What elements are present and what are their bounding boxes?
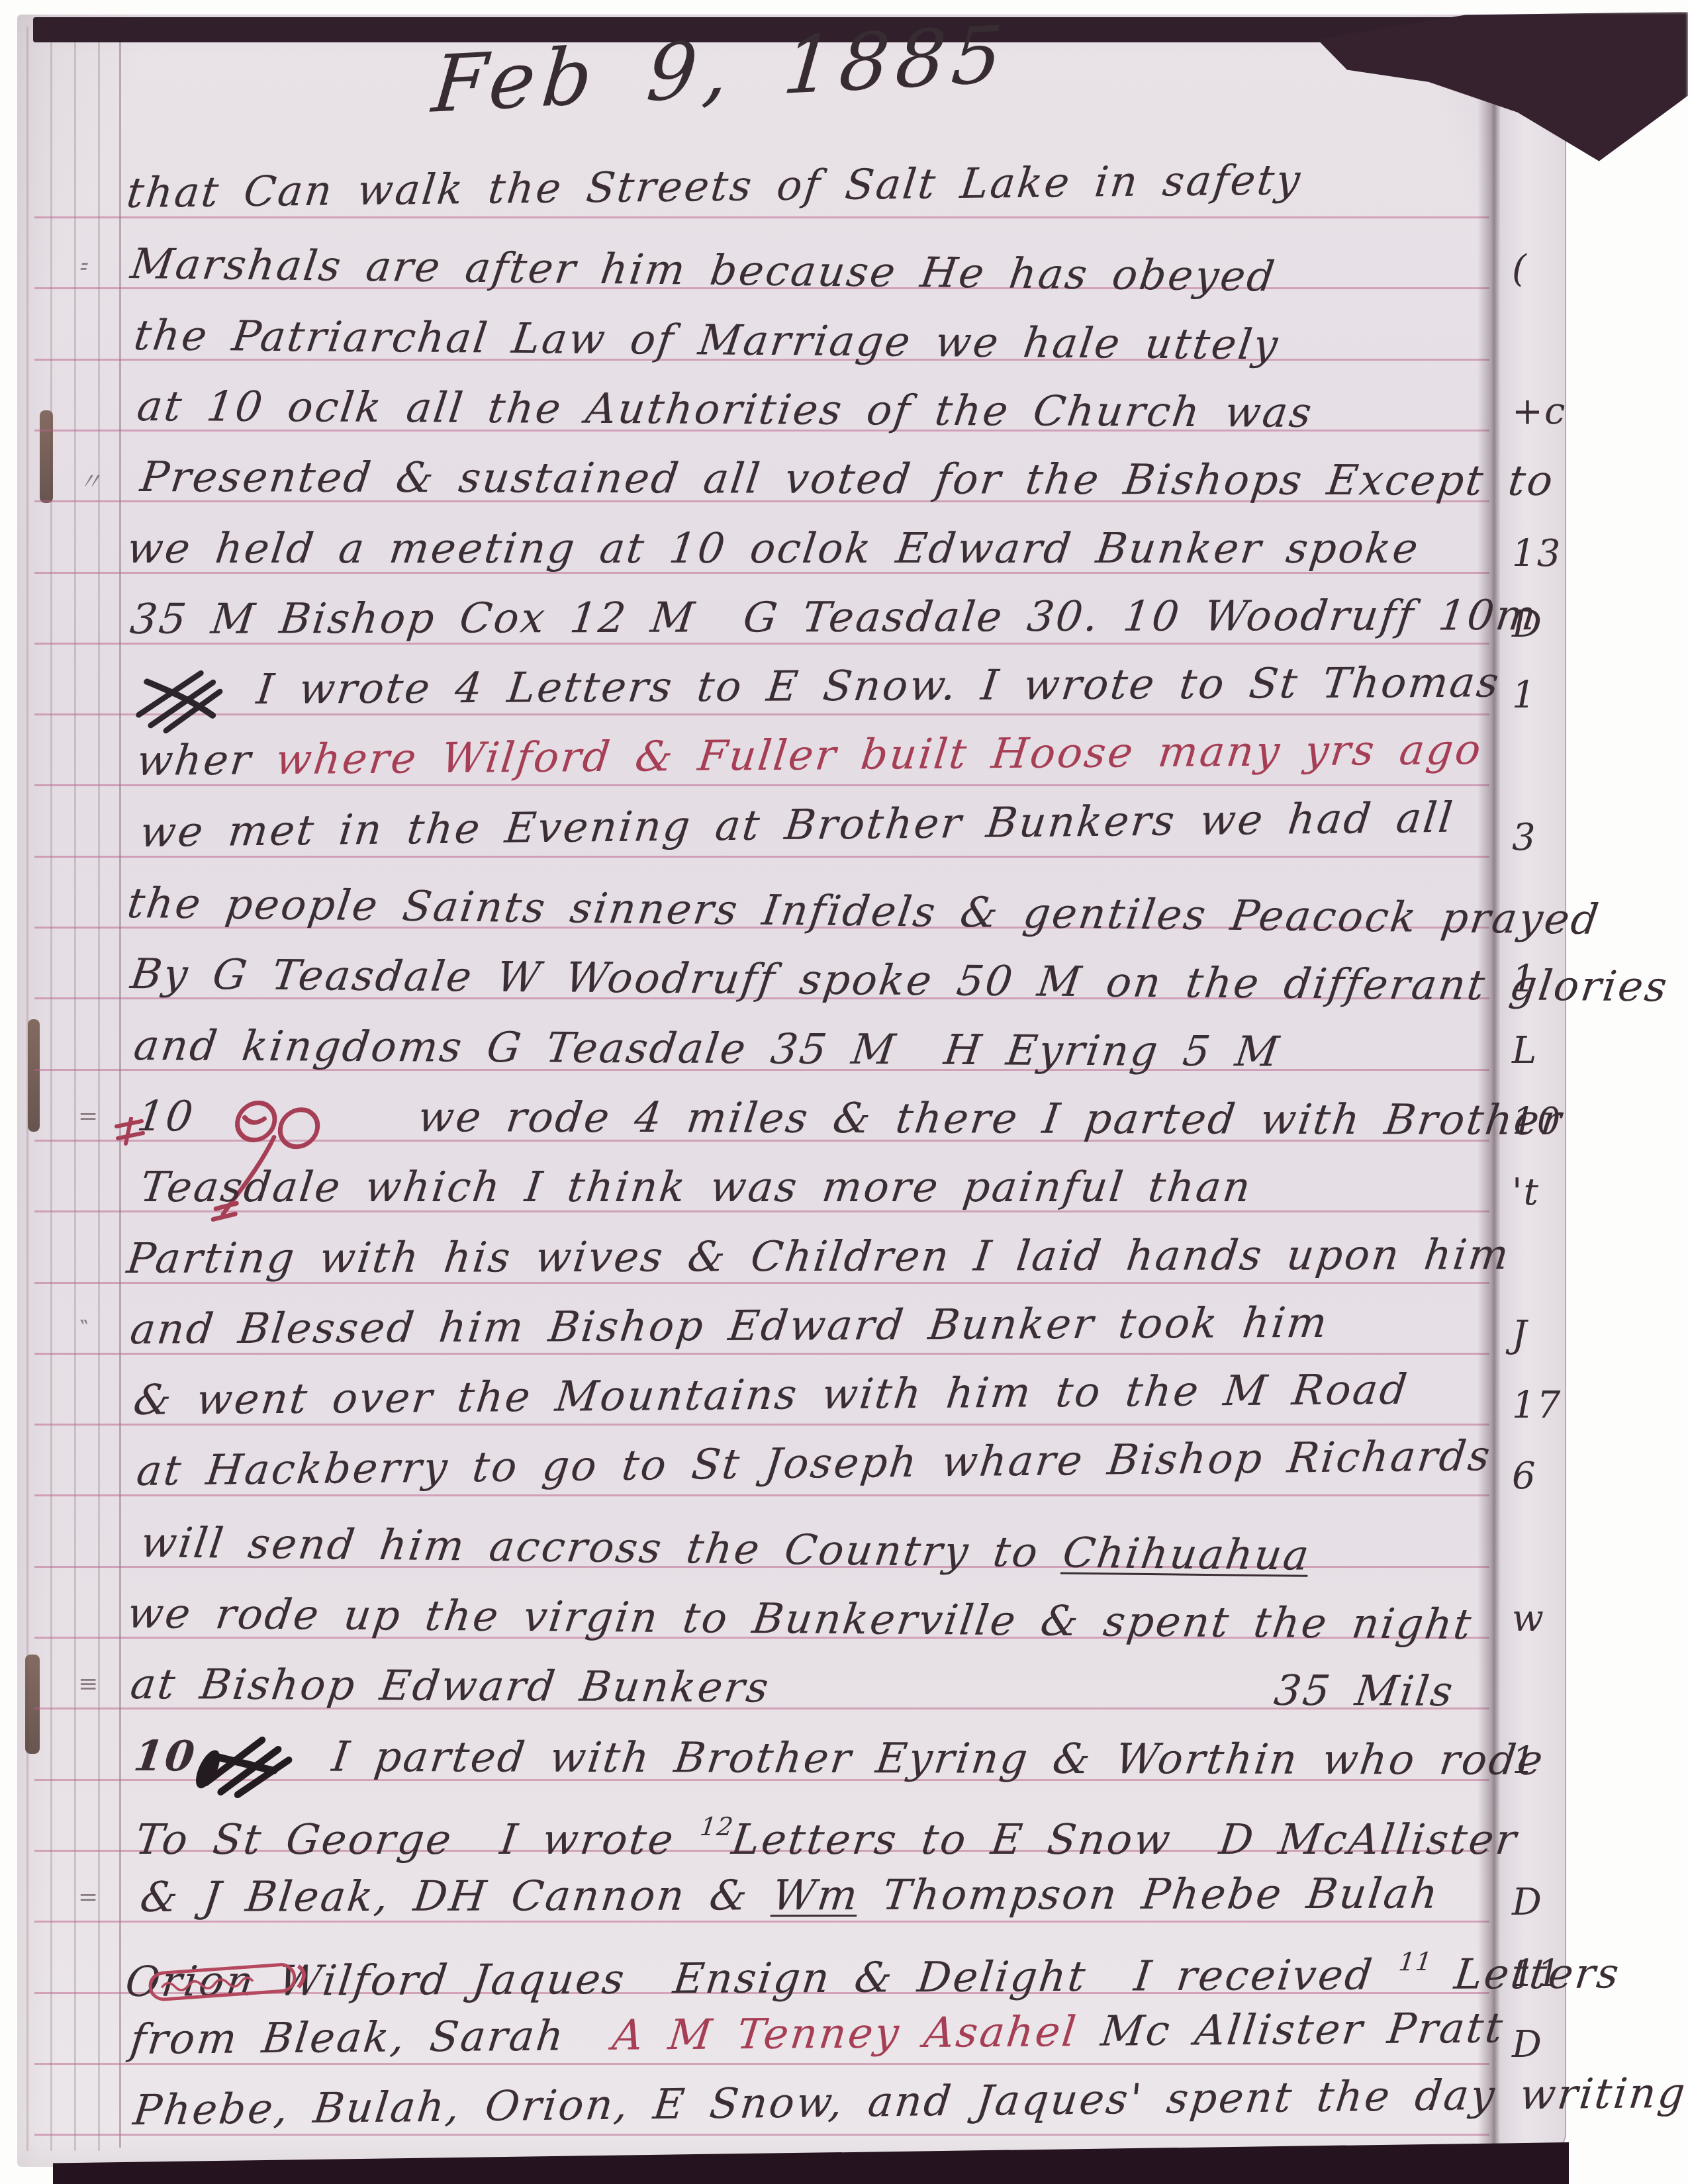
journal-text-segment: To St George I wrote — [133, 1815, 702, 1864]
journal-text-segment: A M Tenney Asahel — [610, 2007, 1080, 2060]
journal-line: Presented & sustained all voted for the … — [136, 442, 1485, 516]
binding-smudge — [28, 1019, 40, 1132]
next-page-text-fragment: J — [1512, 1313, 1528, 1356]
next-page-text-fragment: D — [1512, 1881, 1543, 1924]
journal-text-segment: where Wilford & Fuller built Hoose many … — [273, 725, 1485, 784]
next-page-text-fragment: 't — [1512, 1171, 1540, 1214]
journal-line: we held a meeting at 10 oclok Edward Bun… — [123, 514, 1485, 584]
journal-text-segment: and Blessed him Bishop Edward Bunker too… — [128, 1298, 1331, 1353]
journal-line: 10 we rode 4 miles & there I parted with… — [133, 1081, 1485, 1156]
journal-text-segment: Letters — [1428, 1949, 1623, 1999]
journal-text-segment: Teasdale which I think was more painful … — [138, 1163, 1255, 1211]
journal-line: we rode up the virgin to Bunkerville & s… — [123, 1578, 1485, 1660]
journal-scan-canvas: { "document": { "kind": "handwritten dia… — [0, 0, 1688, 2184]
journal-text-segment: & J Bleak, DH Cannon & — [138, 1871, 776, 1921]
next-page-text-fragment: 13 — [1512, 532, 1562, 575]
journal-text-segment: and kingdoms G Teasdale 35 M H Eyring 5 … — [131, 1021, 1284, 1076]
next-page-text-fragment: 1 — [1512, 674, 1537, 717]
next-page-text-fragment: w — [1512, 1597, 1545, 1640]
margin-pencil-mark: 〃 — [78, 463, 102, 497]
journal-line: and kingdoms G Teasdale 35 M H Eyring 5 … — [130, 1011, 1485, 1088]
journal-line: at 10 oclk all the Authorities of the Ch… — [133, 371, 1485, 449]
red-hash-mark-icon — [111, 1117, 151, 1153]
journal-text-segment: the people Saints sinners Infidels & gen… — [124, 879, 1603, 944]
journal-text-segment: 12 — [698, 1812, 735, 1841]
journal-text-segment: I wrote 4 Letters to E Snow. I wrote to … — [230, 659, 1503, 714]
page-edge-hairline — [98, 26, 100, 2151]
journal-text-segment: at 10 oclk all the Authorities of the Ch… — [134, 382, 1316, 437]
gutter-crease — [119, 33, 121, 2148]
journal-text-segment: 35 M Bishop Cox 12 M G Teasdale 30. 10 W… — [128, 591, 1540, 643]
journal-line: 10 I parted with Brother Eyring & Worthi… — [130, 1721, 1485, 1795]
journal-line: Orion Wilford Jaques Ensign & Delight I … — [123, 1926, 1484, 2003]
margin-pencil-mark: ⹀ — [78, 250, 85, 283]
journal-line: 35 M Bishop Cox 12 M G Teasdale 30. 10 W… — [126, 580, 1485, 655]
journal-line: Teasdale which I think was more painful … — [136, 1152, 1485, 1222]
journal-line: By G Teasdale W Woodruff spoke 50 M on t… — [126, 939, 1485, 1021]
journal-line: To St George I wrote 12Letters to E Snow… — [133, 1792, 1485, 1862]
journal-text-segment: wher — [134, 736, 279, 786]
next-page-text-fragment: +c — [1512, 390, 1566, 433]
journal-text-segment: from Bleak, Sarah — [128, 2011, 616, 2064]
mileage-note: 35 Mils — [1270, 1656, 1459, 1727]
next-page-text-fragment: D — [1512, 2023, 1543, 2066]
margin-pencil-mark: ≡ — [78, 1670, 98, 1698]
journal-text-segment: Parting with his wives & Children I laid… — [124, 1230, 1513, 1283]
journal-text-segment: Thompson Phebe Bulah — [856, 1870, 1442, 1919]
journal-text-segment: Phebe, Bulah, Orion, E Snow, and Jaques'… — [131, 2069, 1688, 2134]
journal-text-segment: Marshals are after him because He has ob… — [128, 240, 1279, 300]
journal-text-segment: we met in the Evening at Brother Bunkers… — [138, 793, 1457, 856]
journal-line: at Bishop Edward Bunkers35 Mils — [126, 1649, 1485, 1727]
journal-text-segment: Chihuahua — [1060, 1528, 1313, 1579]
journal-text-segment: 10 — [131, 1731, 199, 1780]
journal-text-segment: at Bishop Edward Bunkers — [128, 1660, 773, 1711]
journal-line: the Patriarchal Law of Marriage we hale … — [130, 300, 1485, 382]
next-page-text-fragment: 6 — [1512, 1455, 1537, 1498]
margin-pencil-mark: = — [78, 1103, 98, 1130]
journal-line: we met in the Evening at Brother Bunkers… — [136, 782, 1484, 868]
journal-text-segment: that Can walk the Streets of Salt Lake i… — [124, 156, 1305, 217]
journal-line: and Blessed him Bishop Edward Bunker too… — [126, 1287, 1484, 1364]
page-edge-hairline — [74, 26, 76, 2151]
next-page-text-fragment: 17 — [1512, 1384, 1562, 1427]
journal-text-segment: at Hackberry to go to St Joseph whare Bi… — [134, 1432, 1494, 1495]
journal-text-segment: Letters to E Snow D McAllister — [729, 1815, 1521, 1864]
next-page-text-fragment: 3 — [1512, 816, 1537, 859]
margin-pencil-mark: = — [78, 1884, 98, 1911]
journal-text-segment: Wm — [770, 1871, 862, 1919]
journal-text-segment: 11 — [1397, 1946, 1434, 1976]
journal-text-segment: the Patriarchal Law of Marriage we hale … — [131, 311, 1282, 369]
page-edge-hairline — [50, 26, 52, 2151]
journal-line: I wrote 4 Letters to E Snow. I wrote to … — [130, 648, 1484, 725]
binding-smudge — [25, 1655, 40, 1754]
margin-pencil-mark: ‶ — [78, 1316, 87, 1343]
journal-text-segment: we rode up the virgin to Bunkerville & s… — [124, 1589, 1476, 1649]
journal-text-segment: By G Teasdale W Woodruff spoke 50 M on t… — [128, 950, 1671, 1011]
journal-text-segment: we rode 4 miles & there I parted with Br… — [367, 1093, 1566, 1144]
next-page-text-fragment: ( — [1512, 248, 1528, 291]
journal-text-segment: I parted with Brother Eyring & Worthin w… — [306, 1732, 1548, 1784]
journal-text-segment: will send him accross the Country to — [138, 1518, 1066, 1576]
journal-line: & J Bleak, DH Cannon & Wm Thompson Phebe… — [136, 1858, 1485, 1933]
binding-smudge — [40, 410, 53, 503]
journal-line: Parting with his wives & Children I laid… — [123, 1220, 1485, 1294]
journal-text-segment: & went over the Mountains with him to th… — [131, 1365, 1411, 1424]
journal-text-segment: we held a meeting at 10 oclok Edward Bun… — [124, 524, 1423, 572]
journal-text-segment: Presented & sustained all voted for the … — [138, 453, 1558, 505]
next-page-text-fragment: L — [1512, 1029, 1538, 1072]
journal-text-segment: Mc Allister Pratt — [1074, 2003, 1507, 2055]
